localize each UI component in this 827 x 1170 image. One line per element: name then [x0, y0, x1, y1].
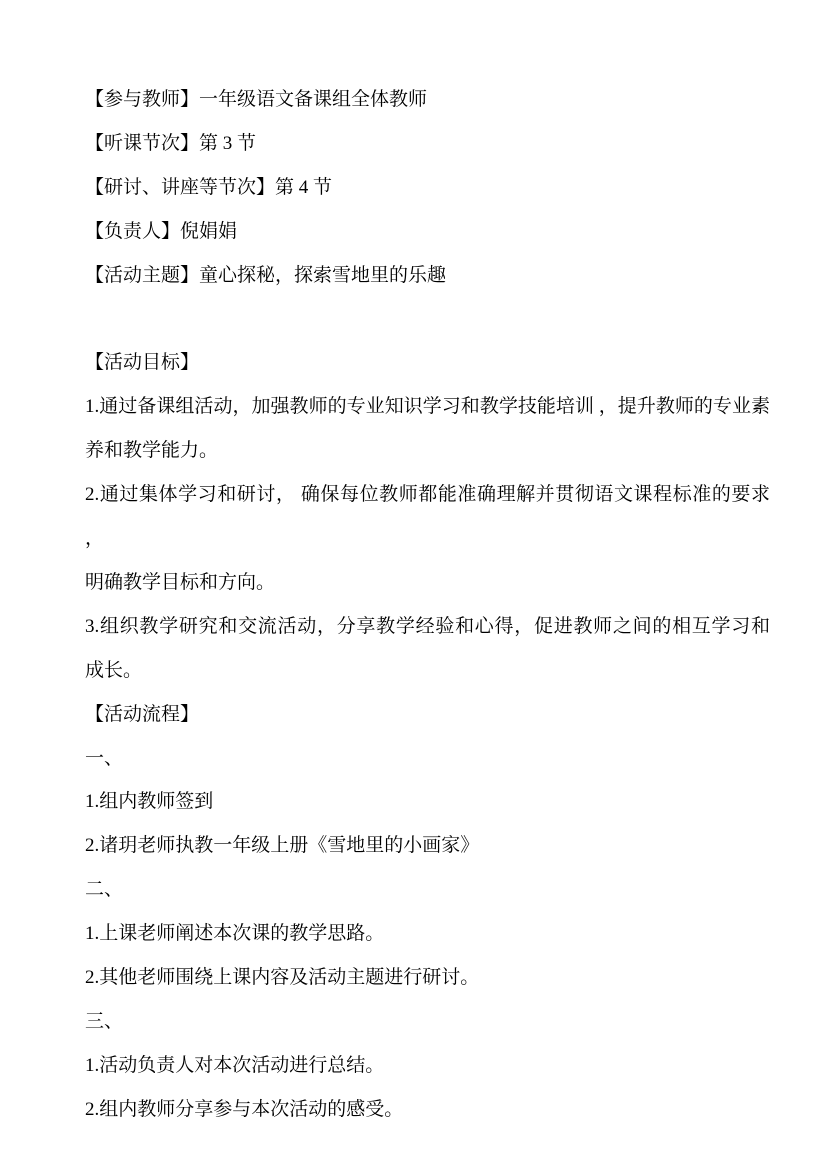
goal-3-line-2: 成长。 [85, 649, 770, 693]
heading-activity-goals: 【活动目标】 [85, 341, 770, 385]
heading-activity-process: 【活动流程】 [85, 693, 770, 737]
goal-1-line-2: 养和教学能力。 [85, 429, 770, 473]
process-3-item-2: 2.组内教师分享参与本次活动的感受。 [85, 1088, 770, 1132]
goal-2-line-1: 2.通过集体学习和研讨， 确保每位教师都能准确理解并贯彻语文课程标准的要求 ， [85, 473, 770, 561]
process-1-item-1: 1.组内教师签到 [85, 780, 770, 824]
goal-1-line-1: 1.通过备课组活动，加强教师的专业知识学习和教学技能培训 ，提升教师的专业素 [85, 385, 770, 429]
line-activity-theme: 【活动主题】童心探秘，探索雪地里的乐趣 [85, 254, 770, 298]
process-3-item-1: 1.活动负责人对本次活动进行总结。 [85, 1044, 770, 1088]
line-seminar-period: 【研讨、讲座等节次】第 4 节 [85, 166, 770, 210]
goal-3-line-1: 3.组织教学研究和交流活动，分享教学经验和心得，促进教师之间的相互学习和 [85, 605, 770, 649]
line-participants: 【参与教师】一年级语文备课组全体教师 [85, 78, 770, 122]
process-section-1: 一、 [85, 737, 770, 781]
process-section-2: 二、 [85, 868, 770, 912]
process-2-item-1: 1.上课老师阐述本次课的教学思路。 [85, 912, 770, 956]
process-1-item-2: 2.诸玥老师执教一年级上册《雪地里的小画家》 [85, 824, 770, 868]
blank-line [85, 298, 770, 342]
line-lesson-period: 【听课节次】第 3 节 [85, 122, 770, 166]
process-2-item-2: 2.其他老师围绕上课内容及活动主题进行研讨。 [85, 956, 770, 1000]
document-page: 【参与教师】一年级语文备课组全体教师 【听课节次】第 3 节 【研讨、讲座等节次… [0, 0, 827, 1170]
goal-2-line-2: 明确教学目标和方向。 [85, 561, 770, 605]
line-person-in-charge: 【负责人】倪娟娟 [85, 210, 770, 254]
process-section-3: 三、 [85, 1000, 770, 1044]
